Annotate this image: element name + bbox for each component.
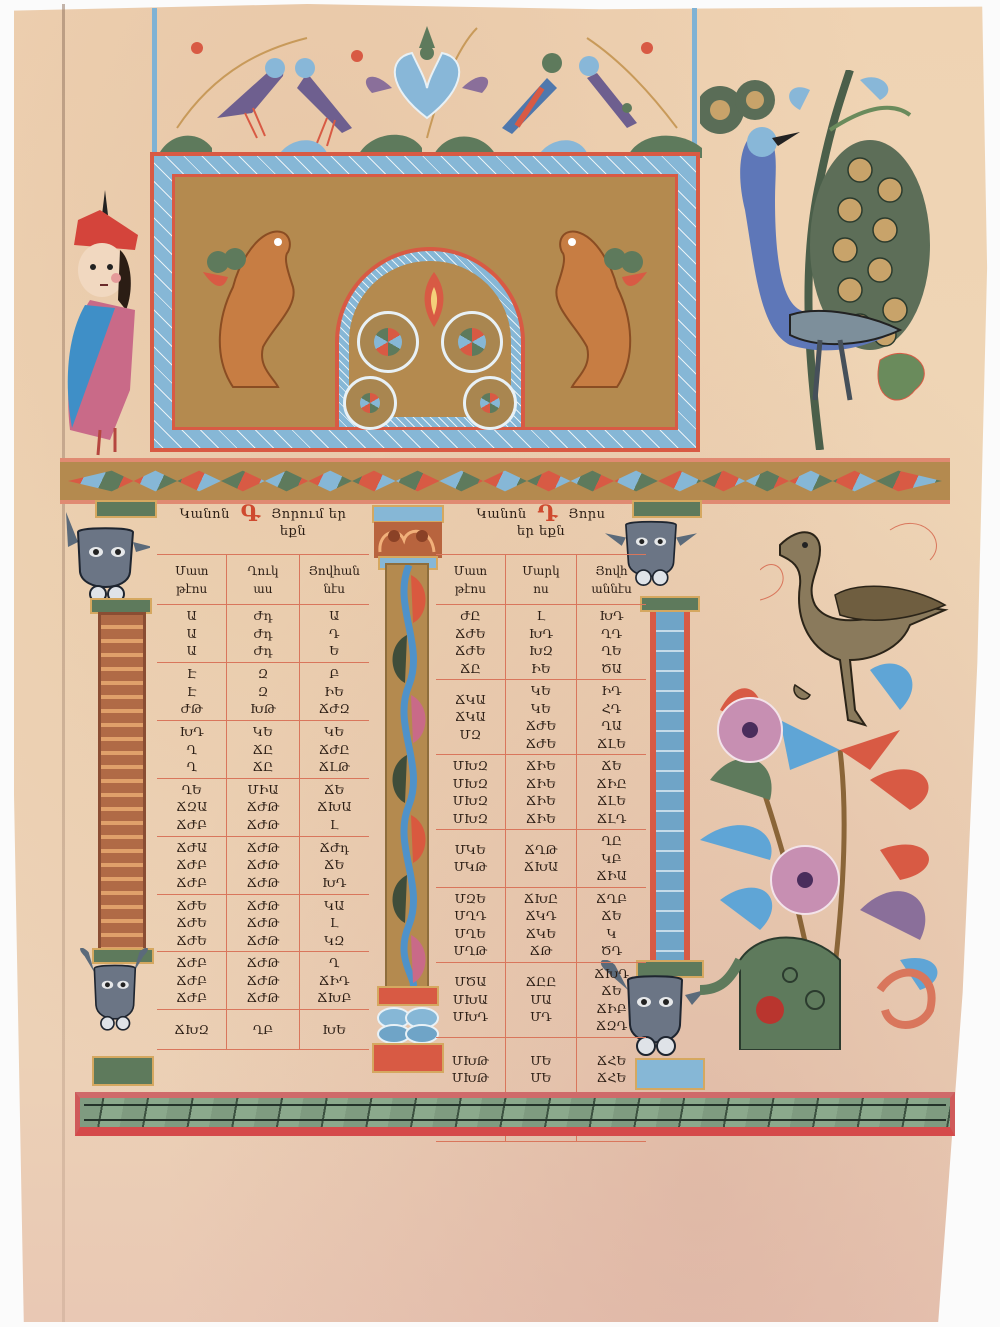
canon-number-entry: ՃԻԱ	[579, 867, 644, 885]
canon-number-entry: ՄԶ	[438, 726, 503, 744]
canon-number-entry: ՃԺԹ	[229, 816, 296, 834]
canon-number-entry: ԽԹ	[229, 700, 296, 718]
column-capital-abacus	[372, 505, 444, 523]
flowering-plant-icon	[700, 630, 970, 1050]
canon-heading: Կանոն Դ Յորս եր եքն	[436, 506, 646, 554]
table-row: ՄԶԵՄՂԴՄՂԵՄՂԹՃԽԸՃԿԴՃԿԵՃԹՃՂԲՃԵԿԾԴ	[436, 887, 646, 962]
bull-head-capital-icon	[58, 512, 150, 602]
table-cell: ԿԵՃԺԸՃԼԹ	[299, 721, 369, 779]
heading-text: Կանոն	[180, 507, 230, 522]
canon-number-entry: ԻԵ	[302, 683, 367, 701]
table-row: ՄԿԵՄԿԹՃՂԹՃԽԱՂԸԿԲՃԻԱ	[436, 830, 646, 888]
canon-number-entry: ՃԺԹ	[229, 856, 296, 874]
canon-number-entry: ՄԶԵ	[438, 890, 503, 908]
canon-number-entry: ՃԺԲ	[159, 816, 224, 834]
canon-number-entry: ՃԺԵ	[159, 932, 224, 950]
column-header-matthew: Մատթէոս	[436, 555, 505, 605]
canon-number-entry: ՃԻԸ	[579, 775, 644, 793]
interlace-base-bar	[75, 1092, 955, 1136]
table-row: ՃԽԶՂԲԽԵ	[157, 1010, 369, 1050]
rosette-medallion	[343, 376, 397, 430]
rampant-lion-right-icon	[537, 197, 657, 397]
canon-number-entry: ՄԵ	[508, 1052, 574, 1070]
canon-number-entry: ԾԱ	[579, 660, 644, 678]
canon-heading: Կանոն Գ Յորում եր եքն	[157, 506, 369, 554]
table-row: ԽԴՂՂԿԵՃԸՃԸԿԵՃԺԸՃԼԹ	[157, 721, 369, 779]
canon-number-entry: ԽԵ	[302, 1021, 367, 1039]
canon-number-entry: Ղ	[159, 758, 224, 776]
canon-number-entry: ՃԺԹ	[229, 897, 296, 915]
canon-number-entry: ՃԺԹ	[229, 914, 296, 932]
heading-text: Կանոն	[476, 507, 526, 522]
canon-number-entry: ՃԹ	[508, 942, 574, 960]
canon-number-entry: Ժդ	[229, 625, 296, 643]
table-row: ՃԺԲՃԺԲՃԺԲՃԺԹՃԺԹՃԺԹՂՃԻԴՃԽԲ	[157, 952, 369, 1010]
canon-table-right: Կանոն Դ Յորս եր եքն Մատթէոս Մարկոս Յովհա…	[436, 506, 646, 1142]
table-cell: ՃՂԲՃԵԿԾԴ	[577, 887, 646, 962]
canon-number-entry: Ղ	[302, 954, 367, 972]
canon-number-entry: ՃԶԱ	[159, 798, 224, 816]
table-cell: ՃԺԱՃԺԲՃԺԲ	[157, 836, 227, 894]
table-cell: ԻԴՀԴՂԱՃԼԵ	[577, 680, 646, 755]
table-cell: ՃԽԶ	[157, 1010, 227, 1050]
canon-number-entry: ՂԵ	[579, 642, 644, 660]
table-cell: ՃԵՃԽԱԼ	[299, 778, 369, 836]
table-cell: ՄԾԱՄԽԱՄԽԴ	[436, 962, 505, 1037]
canon-number-entry: ՂԴ	[579, 625, 644, 643]
table-cell: ՃԺԹՃԺԹՃԺԹ	[227, 836, 299, 894]
table-cell: ՃԻԵՃԻԵՃԻԵՃԻԵ	[505, 755, 576, 830]
canon-number-entry: ՃԻԵ	[508, 757, 574, 775]
canon-number-entry: ԽԶ	[508, 642, 574, 660]
table-cell: ՂԲ	[227, 1010, 299, 1050]
canon-number-entry: ՃԺԹ	[229, 932, 296, 950]
canon-number-entry: ԿԶ	[302, 932, 367, 950]
canon-number-entry: ՄԽԶ	[438, 810, 503, 828]
canon-number-entry: ԽԴ	[579, 607, 644, 625]
canon-number-entry: ԺԸ	[438, 607, 503, 625]
canon-number-entry: ՄԾԱ	[438, 973, 503, 991]
column-base-plinth	[640, 596, 700, 612]
canon-number-entry: Է	[159, 683, 224, 701]
table-cell: ԼԽԴԽԶԻԵ	[505, 605, 576, 680]
canon-number-entry: Է	[159, 665, 224, 683]
canon-number-entry: ՄՂԹ	[438, 942, 503, 960]
canon-number-entry: ՃԽԶ	[159, 1021, 224, 1039]
canon-table-left: Կանոն Գ Յորում եր եքն Մատթէոս Ղուկաս Յով…	[157, 506, 369, 1050]
canon-number-entry: ՃԺԵ	[159, 914, 224, 932]
canon-number-entry: ՃԺԹ	[229, 954, 296, 972]
canon-number-entry: ՄԽԶ	[438, 792, 503, 810]
canon-number-entry: Լ	[302, 914, 367, 932]
canon-number-entry: Ա	[159, 642, 224, 660]
canon-number-entry: Զ	[229, 683, 296, 701]
canon-number-entry: ՄԱ	[508, 991, 574, 1009]
table-cell: ՃԺԲՃԺԲՃԺԲ	[157, 952, 227, 1010]
canon-number-entry: ԿԵ	[229, 723, 296, 741]
canon-number-entry: ԻԴ	[579, 682, 644, 700]
canon-number-entry: ՃԺԵ	[508, 717, 574, 735]
heading-text: եքն	[280, 524, 306, 539]
canon-number-entry: ՃԵ	[579, 907, 644, 925]
middle-column-shaft	[385, 563, 429, 988]
canon-number-entry: ՃԽԸ	[508, 890, 574, 908]
canon-number-entry: Ա	[159, 607, 224, 625]
canon-number-entry: ՄԽԹ	[438, 1069, 503, 1087]
rampant-lion-left-icon	[193, 197, 313, 397]
rosette-medallion	[463, 376, 517, 430]
palmette-icon	[409, 267, 459, 337]
canon-number-entry: ՃԿԱ	[438, 708, 503, 726]
canon-number-entry: ՃԼԵ	[579, 792, 644, 810]
table-cell: ՄԶԵՄՂԴՄՂԵՄՂԹ	[436, 887, 505, 962]
canon-number-entry: ԿԲ	[579, 850, 644, 868]
canon-grid: Մատթէոս Մարկոս Յովհաննէս ԺԸՃԺԵՃԺԵՃԸԼԽԴԽԶ…	[436, 554, 646, 1142]
canon-number-entry: ՃԵ	[579, 757, 644, 775]
canon-number-entry: ԽԴ	[302, 874, 367, 892]
canon-number-entry: ՃԽԴ	[579, 965, 644, 983]
headpiece-lions-panel	[150, 152, 700, 452]
canon-number-entry: Ա	[159, 625, 224, 643]
table-cell: ՄԽԶՄԽԶՄԽԶՄԽԶ	[436, 755, 505, 830]
canon-number-entry: ՃԽԲ	[302, 989, 367, 1007]
canon-number-entry: ՃԵ	[302, 781, 367, 799]
canon-number-entry: ՂԲ	[229, 1021, 296, 1039]
table-row: ՃԺԱՃԺԲՃԺԲՃԺԹՃԺԹՃԺԹՃԺդՃԵԽԴ	[157, 836, 369, 894]
table-row: ԱԱԱԺդԺդԺդԱԴԵ	[157, 605, 369, 663]
canon-number-entry: ՃԸ	[229, 741, 296, 759]
canon-number-entry: ՃԺԲ	[159, 856, 224, 874]
canon-number-entry: ՃԺԱ	[159, 839, 224, 857]
canon-number-entry: Կ	[579, 925, 644, 943]
table-cell: ԲԻԵՃԺԶ	[299, 663, 369, 721]
canon-number-entry: ԽԴ	[508, 625, 574, 643]
column-header-luke: Ղուկաս	[227, 555, 299, 605]
canon-number-entry: ՃԺԹ	[229, 874, 296, 892]
canon-number-entry: ՄԽԱ	[438, 991, 503, 1009]
canon-number-entry: ՃԺԵ	[438, 642, 503, 660]
canon-number-entry: ՃԻԵ	[508, 792, 574, 810]
canon-number-entry: ՃԺԹ	[229, 989, 296, 1007]
canon-number-entry: ԿԵ	[508, 700, 574, 718]
canon-number-entry: ՄԽԴ	[438, 1008, 503, 1026]
canon-number-entry: Լ	[508, 607, 574, 625]
table-row: ՄԾԱՄԽԱՄԽԴՃԸԸՄԱՄԴՃԽԴՃԵՃԻԲՃԶԴ	[436, 962, 646, 1037]
canon-number-entry: Ժդ	[229, 642, 296, 660]
table-cell: ՃԺԹՃԺԹՃԺԹ	[227, 894, 299, 952]
column-base-plinth	[377, 986, 439, 1006]
table-cell: ՄԻԱՃԺԹՃԺԹ	[227, 778, 299, 836]
trefoil-arch	[335, 247, 525, 427]
canon-number-entry: ՂԸ	[579, 832, 644, 850]
canon-number-entry: ՃԺԸ	[302, 741, 367, 759]
canon-number-entry: ՃԺԵ	[508, 735, 574, 753]
canon-number: Գ	[241, 501, 261, 527]
canon-number-entry: ՄԴ	[508, 1008, 574, 1026]
canon-number-entry: ՃԻԵ	[508, 810, 574, 828]
canon-number-entry: ՄԻԱ	[229, 781, 296, 799]
canon-number-entry: Զ	[229, 665, 296, 683]
column-header-mark: Մարկոս	[505, 555, 576, 605]
table-cell: ՃԽԸՃԿԴՃԿԵՃԹ	[505, 887, 576, 962]
table-cell: ԶԶԽԹ	[227, 663, 299, 721]
canon-number-entry: ՃԺԲ	[159, 954, 224, 972]
table-cell: ԿԵԿԵՃԺԵՃԺԵ	[505, 680, 576, 755]
table-cell: ՃԸԸՄԱՄԴ	[505, 962, 576, 1037]
canon-number-entry: ԿԵ	[508, 682, 574, 700]
canon-number-entry: ՃՀԵ	[579, 1052, 644, 1070]
column-header-matthew: Մատթէոս	[157, 555, 227, 605]
canon-number-entry: ՂԵ	[159, 781, 224, 799]
canon-number-entry: ՄԽԶ	[438, 757, 503, 775]
canon-number-entry: Լ	[302, 816, 367, 834]
table-cell: ՃԺԵՃԺԵՃԺԵ	[157, 894, 227, 952]
canon-number-entry: ՃԸԸ	[508, 973, 574, 991]
table-cell: ՂԸԿԲՃԻԱ	[577, 830, 646, 888]
canon-number-entry: Ե	[302, 642, 367, 660]
table-cell: ԽԴՂԴՂԵԾԱ	[577, 605, 646, 680]
canon-number-entry: ՃԺԹ	[229, 798, 296, 816]
table-cell: ԺդԺդԺդ	[227, 605, 299, 663]
table-cell: ՃԵՃԻԸՃԼԵՃԼԴ	[577, 755, 646, 830]
table-cell: ԷԷԺԹ	[157, 663, 227, 721]
heading-text: Յորս	[568, 507, 605, 522]
table-row: ԺԸՃԺԵՃԺԵՃԸԼԽԴԽԶԻԵԽԴՂԴՂԵԾԱ	[436, 605, 646, 680]
table-row: ՃԺԵՃԺԵՃԺԵՃԺԹՃԺԹՃԺԹԿԱԼԿԶ	[157, 894, 369, 952]
canon-number-entry: ՃԿԵ	[508, 925, 574, 943]
table-row: ՃԿԱՃԿԱՄԶԿԵԿԵՃԺԵՃԺԵԻԴՀԴՂԱՃԼԵ	[436, 680, 646, 755]
canon-number-entry: ԽԴ	[159, 723, 224, 741]
canon-number-entry: ՄՂԴ	[438, 907, 503, 925]
canon-number-entry: ՃՂԲ	[579, 890, 644, 908]
canon-number-entry: Դ	[302, 625, 367, 643]
table-cell: ԱԴԵ	[299, 605, 369, 663]
rosette-flower	[718, 698, 782, 762]
heading-text: եր եքն	[517, 524, 565, 539]
canon-number-entry: ՃԽԱ	[508, 858, 574, 876]
table-cell: ՃԺԹՃԺԹՃԺԹ	[227, 952, 299, 1010]
canon-number-entry: ՃԽԱ	[302, 798, 367, 816]
canon-number-entry: Ժդ	[229, 607, 296, 625]
canon-number-entry: ՃԼԹ	[302, 758, 367, 776]
table-cell: ԽԵ	[299, 1010, 369, 1050]
canon-number-entry: ՃԻԴ	[302, 972, 367, 990]
canon-number-entry: ՃԺդ	[302, 839, 367, 857]
table-row: ՄԽԶՄԽԶՄԽԶՄԽԶՃԻԵՃԻԵՃԻԵՃԻԵՃԵՃԻԸՃԼԵՃԼԴ	[436, 755, 646, 830]
canon-number-entry: ՄԽԶ	[438, 775, 503, 793]
top-bird-frieze	[152, 8, 697, 158]
table-row: ԷԷԺԹԶԶԽԹԲԻԵՃԺԶ	[157, 663, 369, 721]
canon-number-entry: ՃԸ	[438, 660, 503, 678]
canon-number-entry: ՃԺԹ	[229, 839, 296, 857]
canon-number-entry: ՃՀԵ	[579, 1069, 644, 1087]
canon-number-entry: ՃԺԲ	[159, 874, 224, 892]
canon-number-entry: ՃՂԹ	[508, 841, 574, 859]
canon-number-entry: ՃԵ	[302, 856, 367, 874]
table-row: ՂԵՃԶԱՃԺԲՄԻԱՃԺԹՃԺԹՃԵՃԽԱԼ	[157, 778, 369, 836]
canon-number-entry: ՃԻԲ	[579, 1000, 644, 1018]
canon-number-entry: ՄԵ	[508, 1069, 574, 1087]
canon-number-entry: ԿԵ	[302, 723, 367, 741]
canon-number-entry: ՃԿԴ	[508, 907, 574, 925]
canon-number-entry: ՃԺԲ	[159, 972, 224, 990]
bull-head-base-icon	[68, 948, 160, 1038]
canon-number-entry: ՃԵ	[579, 982, 644, 1000]
table-cell: ՃՂԹՃԽԱ	[505, 830, 576, 888]
canon-number-entry: ՃԺԶ	[302, 700, 367, 718]
canon-number-entry: ՃԺԹ	[229, 972, 296, 990]
table-cell: ԿԵՃԸՃԸ	[227, 721, 299, 779]
table-cell: ԽԴՂՂ	[157, 721, 227, 779]
birds-and-foliage-icon	[157, 8, 702, 158]
canon-number-entry: ՃԺԵ	[159, 897, 224, 915]
canon-number-entry: ՄԿԵ	[438, 841, 503, 859]
column-foot	[92, 1056, 154, 1086]
canon-number-entry: ՃԺԲ	[159, 989, 224, 1007]
canon-number-entry: Բ	[302, 665, 367, 683]
canon-number-entry: ՃԸ	[229, 758, 296, 776]
canon-number-entry: ՃԻԵ	[508, 775, 574, 793]
heading-text: Յորում եր	[271, 507, 346, 522]
canon-number-entry: ՂԱ	[579, 717, 644, 735]
canon-number-entry: Ա	[302, 607, 367, 625]
canon-number-entry: Ղ	[159, 741, 224, 759]
table-cell: ՃԺդՃԵԽԴ	[299, 836, 369, 894]
peacock-on-tree-icon	[700, 70, 930, 450]
table-cell: ՂԵՃԶԱՃԺԲ	[157, 778, 227, 836]
canon-number-entry: ՄԽԹ	[438, 1052, 503, 1070]
canon-number-entry: ԿԱ	[302, 897, 367, 915]
canon-number-entry: ԻԵ	[508, 660, 574, 678]
twisted-ribbon-band	[60, 458, 950, 504]
canon-number-entry: ՃԶԴ	[579, 1017, 644, 1035]
right-column-shaft	[650, 612, 690, 964]
table-cell: ԿԱԼԿԶ	[299, 894, 369, 952]
table-cell: ՂՃԻԴՃԽԲ	[299, 952, 369, 1010]
table-cell: ԱԱԱ	[157, 605, 227, 663]
saint-bird-figure-icon	[60, 190, 150, 460]
canon-number-entry: ՃԼԵ	[579, 735, 644, 753]
column-foot	[372, 1043, 444, 1073]
table-cell: ՄԿԵՄԿԹ	[436, 830, 505, 888]
canon-grid: Մատթէոս Ղուկաս Յովհաննէս ԱԱԱԺդԺդԺդԱԴԵԷԷԺ…	[157, 554, 369, 1050]
table-cell: ՃԿԱՃԿԱՄԶ	[436, 680, 505, 755]
canon-number-entry: ՃԼԴ	[579, 810, 644, 828]
table-cell: ՃԽԴՃԵՃԻԲՃԶԴ	[577, 962, 646, 1037]
canon-number-entry: ԾԴ	[579, 942, 644, 960]
canon-number-entry: ՃԿԱ	[438, 691, 503, 709]
canon-number-entry: ՃԺԵ	[438, 625, 503, 643]
canon-number-entry: ԺԹ	[159, 700, 224, 718]
canon-number-entry: ՀԴ	[579, 700, 644, 718]
vine-scroll-icon	[387, 565, 429, 988]
acanthus-base-icon	[374, 1006, 442, 1044]
canon-number-entry: ՄԿԹ	[438, 858, 503, 876]
column-header-john: Յովհաննէս	[299, 555, 369, 605]
canon-number-entry: ՄՂԵ	[438, 925, 503, 943]
acanthus-capital-icon	[374, 522, 442, 558]
table-cell: ԺԸՃԺԵՃԺԵՃԸ	[436, 605, 505, 680]
column-header-john: Յովհաննէս	[577, 555, 646, 605]
left-column-shaft	[98, 612, 146, 952]
